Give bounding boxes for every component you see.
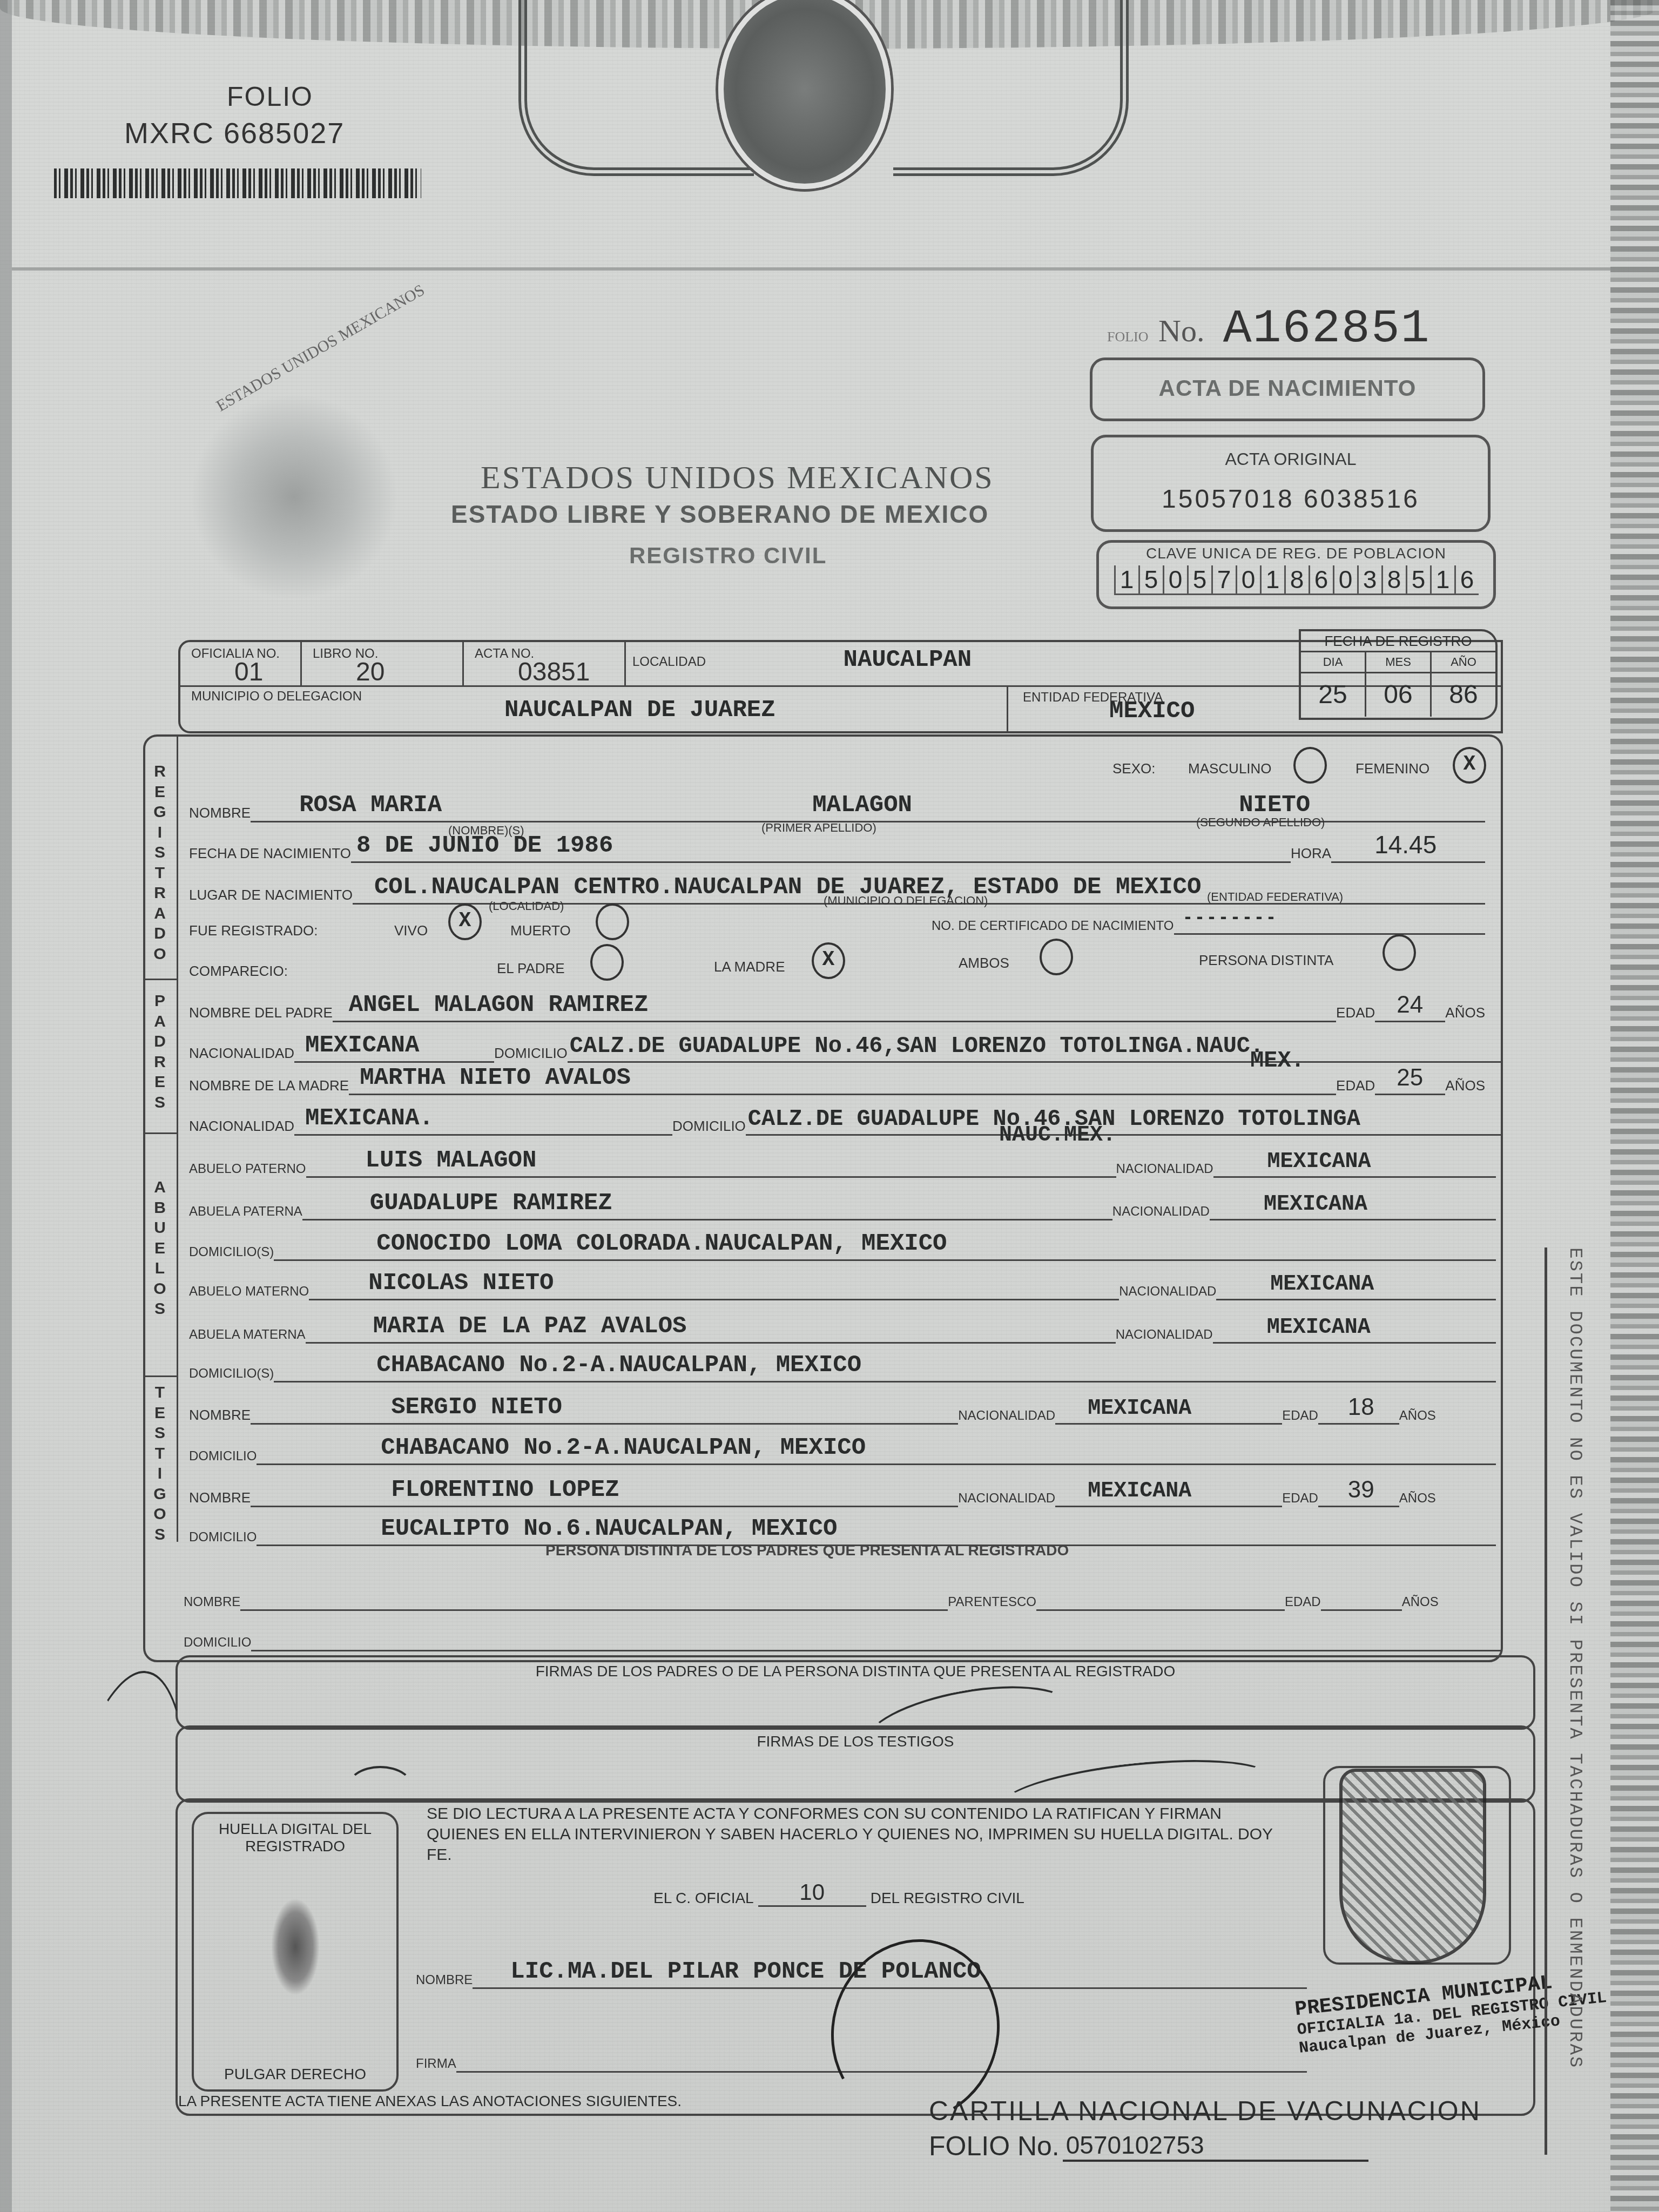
municipio-value: NAUCALPAN DE JUAREZ — [504, 697, 775, 724]
pulgar-label: PULGAR DERECHO — [194, 2066, 396, 2083]
testigo-1-nombre-label: NOMBRE — [189, 1407, 251, 1425]
anio-value: 86 — [1432, 673, 1495, 717]
section-letter: E — [143, 1238, 177, 1259]
testigo-2-edad-label: EDAD — [1282, 1491, 1318, 1507]
section-letter: S — [143, 1525, 177, 1545]
abuela-materna-nac-label: NACIONALIDAD — [1116, 1327, 1213, 1344]
oficial-firma-label: FIRMA — [416, 2056, 456, 2073]
pd-edad-line[interactable] — [1321, 1577, 1402, 1611]
padre-anios-label: AÑOS — [1445, 1004, 1485, 1022]
testigo-2-nacionalidad: MEXICANA — [1088, 1479, 1191, 1503]
comparecio-label: COMPARECIO: — [189, 963, 288, 980]
padre-domicilio-line: CALZ.DE GUADALUPE No.46,SAN LORENZO TOTO… — [568, 1029, 1501, 1063]
testigo-2-nac-label: NACIONALIDAD — [958, 1491, 1055, 1507]
abuela-paterna-field: ABUELA PATERNA GUADALUPE RAMIREZ NACIONA… — [189, 1186, 1496, 1220]
curp-digit: 6 — [1454, 565, 1479, 595]
barcode-icon — [54, 168, 421, 198]
segundo-apellido-sublabel: (SEGUNDO APELLIDO) — [1196, 815, 1325, 829]
firmas-testigos-title: FIRMAS DE LOS TESTIGOS — [178, 1733, 1533, 1750]
curp-digits: 150570186038516 — [1099, 565, 1493, 595]
section-padres-label: PADRES — [143, 980, 178, 1134]
section-letter: R — [143, 883, 177, 903]
right-guilloche-border — [1610, 0, 1659, 2212]
section-letter: D — [143, 923, 177, 944]
nombres-value: ROSA MARIA — [299, 792, 442, 819]
folio-number-value: A162851 — [1223, 302, 1431, 356]
hora-line: 14.45 — [1331, 829, 1485, 863]
validity-notice: ESTE DOCUMENTO NO ES VALIDO SI PRESENTA … — [1545, 1247, 1585, 2155]
padre-nacionalidad-label: NACIONALIDAD — [189, 1045, 294, 1063]
testigo-1-nombre: SERGIO NIETO — [391, 1394, 562, 1421]
madre-nombre-line: MARTHA NIETO AVALOS — [349, 1061, 1336, 1095]
fecha-registro-box: FECHA DE REGISTRO DIA MES AÑO 25 06 86 — [1299, 629, 1498, 720]
testigo-1-domicilio-line: CHABACANO No.2-A.NAUCALPAN, MEXICO — [257, 1431, 1496, 1465]
entidad-sublabel: (ENTIDAD FEDERATIVA) — [1207, 890, 1343, 904]
municipal-shield-icon — [1339, 1769, 1486, 1964]
curp-digit: 3 — [1357, 565, 1381, 595]
huella-title: HUELLA DIGITAL DEL REGISTRADO — [194, 1820, 396, 1855]
curp-digit: 5 — [1406, 565, 1430, 595]
madre-domicilio-line: CALZ.DE GUADALUPE No.46.SAN LORENZO TOTO… — [746, 1102, 1501, 1136]
padre-domicilio-value: CALZ.DE GUADALUPE No.46,SAN LORENZO TOTO… — [570, 1033, 1264, 1059]
curp-digit: 0 — [1236, 565, 1260, 595]
section-letter: S — [143, 1423, 177, 1444]
section-letter: I — [143, 822, 177, 843]
section-letter: R — [143, 1052, 177, 1073]
domicilio-paternos-label: DOMICILIO(S) — [189, 1245, 274, 1261]
persona-distinta-checkbox[interactable] — [1382, 934, 1416, 971]
padre-nacionalidad-value: MEXICANA — [305, 1032, 419, 1059]
abuelo-paterno-nac-label: NACIONALIDAD — [1116, 1162, 1213, 1178]
folio-code: MXRC 6685027 — [119, 117, 421, 150]
madre-nacionalidad-value: MEXICANA. — [305, 1105, 434, 1132]
cartilla-folio-label: FOLIO No. — [929, 2130, 1060, 2162]
localidad-value: NAUCALPAN — [844, 646, 972, 673]
section-letter: B — [143, 1198, 177, 1218]
anotaciones-label: LA PRESENTE ACTA TIENE ANEXAS LAS ANOTAC… — [178, 2093, 682, 2110]
acta-original-box: ACTA ORIGINAL 15057018 6038516 — [1091, 435, 1491, 532]
testigo-1-nacionalidad: MEXICANA — [1088, 1397, 1191, 1421]
muerto-label: MUERTO — [510, 922, 571, 939]
testigo-1-edad-line: 18 — [1318, 1391, 1399, 1425]
section-letter: I — [143, 1464, 177, 1484]
abuela-paterna-nac-label: NACIONALIDAD — [1112, 1204, 1210, 1220]
fingerprint-box: HUELLA DIGITAL DEL REGISTRADO PULGAR DER… — [192, 1812, 399, 2092]
testigo-2-domicilio-field: DOMICILIO EUCALIPTO No.6.NAUCALPAN, MEXI… — [189, 1512, 1496, 1546]
muerto-checkbox[interactable] — [596, 903, 629, 940]
section-letter: A — [143, 1177, 177, 1198]
curp-digit: 0 — [1163, 565, 1187, 595]
oficialia-cell: OFICIALIA No. 01 — [180, 642, 302, 685]
madre-nombre-value: MARTHA NIETO AVALOS — [360, 1064, 631, 1091]
pd-anios-label: AÑOS — [1402, 1595, 1439, 1611]
cartilla-vacunacion: CARTILLA NACIONAL DE VACUNACION — [929, 2095, 1481, 2127]
abuela-materna-nac-line: MEXICANA — [1213, 1310, 1496, 1344]
dia-label: DIA — [1301, 652, 1366, 672]
abuelo-materno-nac-label: NACIONALIDAD — [1119, 1284, 1216, 1300]
primer-apellido-value: MALAGON — [812, 792, 912, 819]
ambos-checkbox[interactable] — [1040, 939, 1073, 975]
domicilio-maternos-field: DOMICILIO(S) CHABACANO No.2-A.NAUCALPAN,… — [189, 1348, 1496, 1382]
curp-digit: 1 — [1114, 565, 1138, 595]
madre-nacionalidad-line: MEXICANA. — [294, 1102, 672, 1136]
madre-edad-line: 25 — [1375, 1061, 1445, 1095]
curp-digit: 0 — [1333, 565, 1357, 595]
masculino-label: MASCULINO — [1188, 760, 1272, 777]
testigo-2-nombre: FLORENTINO LOPEZ — [391, 1476, 619, 1503]
certificado-label: No. DE CERTIFICADO DE NACIMIENTO — [932, 919, 1174, 935]
section-letter: T — [143, 1444, 177, 1464]
hora-value: 14.45 — [1374, 830, 1437, 859]
madre-edad-value: 25 — [1397, 1064, 1423, 1091]
section-letter: O — [143, 1279, 177, 1299]
firmas-padres-title: FIRMAS DE LOS PADRES O DE LA PERSONA DIS… — [178, 1663, 1533, 1680]
folio-number-prefix: FOLIO — [1107, 329, 1149, 345]
acta-original-label: ACTA ORIGINAL — [1094, 449, 1488, 469]
pd-nombre-label: NOMBRE — [184, 1595, 240, 1611]
domicilio-maternos-label: DOMICILIO(S) — [189, 1366, 274, 1382]
section-letter: O — [143, 1504, 177, 1525]
cartilla-folio: FOLIO No. 0570102753 — [929, 2130, 1368, 2162]
hora-label: HORA — [1291, 845, 1331, 863]
fecha-nacimiento-line: 8 DE JUNIO DE 1986 — [351, 829, 1291, 863]
heading-registry: REGISTRO CIVIL — [629, 543, 827, 569]
pd-parentesco-label: PARENTESCO — [948, 1595, 1036, 1611]
domicilio-maternos-line: CHABACANO No.2-A.NAUCALPAN, MEXICO — [274, 1348, 1496, 1382]
testigo-1-nac-label: NACIONALIDAD — [958, 1408, 1055, 1425]
section-letter: S — [143, 1299, 177, 1319]
madre-nacionalidad-label: NACIONALIDAD — [189, 1118, 294, 1136]
section-letter: E — [143, 1072, 177, 1092]
section-letter: A — [143, 1011, 177, 1032]
testigo-1-anios-label: AÑOS — [1399, 1408, 1436, 1425]
abuela-paterna-nac-value: MEXICANA — [1264, 1192, 1367, 1217]
sexo-label: SEXO: — [1112, 760, 1155, 777]
section-letter: O — [143, 944, 177, 965]
madre-edad-label: EDAD — [1336, 1077, 1375, 1095]
abuela-materna-line: MARIA DE LA PAZ AVALOS — [306, 1310, 1116, 1344]
testigo-2-edad: 39 — [1348, 1476, 1374, 1503]
dia-value: 25 — [1301, 673, 1366, 717]
testigo-2-domicilio-label: DOMICILIO — [189, 1530, 257, 1546]
abuela-materna-nac-value: MEXICANA — [1267, 1316, 1371, 1340]
section-letter: E — [143, 782, 177, 802]
libro-value: 20 — [356, 662, 451, 683]
testigo-1-edad: 18 — [1348, 1394, 1374, 1421]
el-padre-checkbox[interactable] — [590, 944, 624, 981]
abuelo-materno-value: NICOLAS NIETO — [368, 1270, 554, 1297]
cartilla-folio-value: 0570102753 — [1063, 2130, 1368, 2162]
abuela-paterna-label: ABUELA PATERNA — [189, 1204, 302, 1220]
acta-original-value: 15057018 6038516 — [1094, 484, 1488, 514]
curp-digit: 6 — [1309, 565, 1333, 595]
oficial-suffix: DEL REGISTRO CIVIL — [871, 1890, 1024, 1907]
curp-digit: 8 — [1381, 565, 1406, 595]
testigo-1-nac-line: MEXICANA — [1055, 1391, 1282, 1425]
section-letter: U — [143, 1218, 177, 1238]
abuelo-paterno-nac-value: MEXICANA — [1267, 1150, 1371, 1174]
testigo-1-nombre-line: SERGIO NIETO — [251, 1391, 958, 1425]
femenino-label: FEMENINO — [1355, 760, 1429, 777]
section-letter: T — [143, 1382, 177, 1403]
abuela-materna-field: ABUELA MATERNA MARIA DE LA PAZ AVALOS NA… — [189, 1310, 1496, 1344]
abuelo-materno-line: NICOLAS NIETO — [309, 1266, 1119, 1300]
pd-nombre-line[interactable] — [240, 1577, 948, 1611]
oficial-nombre-label: NOMBRE — [416, 1973, 473, 1989]
folio-number-no: No. — [1158, 313, 1204, 348]
domicilio-maternos-value: CHABACANO No.2-A.NAUCALPAN, MEXICO — [376, 1352, 861, 1379]
top-divider — [12, 267, 1610, 271]
section-letter: L — [143, 1258, 177, 1279]
el-padre-label: EL PADRE — [497, 960, 565, 977]
la-madre-label: LA MADRE — [714, 959, 785, 975]
domicilio-paternos-line: CONOCIDO LOMA COLORADA.NAUCALPAN, MEXICO — [274, 1227, 1496, 1261]
madre-anios-label: AÑOS — [1445, 1077, 1485, 1095]
abuela-paterna-line: GUADALUPE RAMIREZ — [302, 1186, 1112, 1220]
certificado-line: - - - - - - - - — [1174, 912, 1486, 935]
vivo-label: VIVO — [394, 922, 428, 939]
certificado-value: - - - - - - - - — [1185, 905, 1274, 928]
testigo-2-nombre-line: FLORENTINO LOPEZ — [251, 1473, 958, 1507]
la-madre-checkbox[interactable]: X — [812, 942, 845, 979]
emblem-ornament-right — [893, 0, 1129, 176]
section-letter: G — [143, 802, 177, 822]
section-registrado-label: REGISTRADO — [143, 734, 178, 980]
section-letter: D — [143, 1031, 177, 1052]
eagle-emblem-icon — [718, 0, 891, 189]
acta-nacimiento-label: ACTA DE NACIMIENTO — [1092, 375, 1482, 401]
section-letter: S — [143, 1092, 177, 1113]
acta-cell: ACTA No. 03851 — [464, 642, 626, 685]
testigo-2-domicilio: EUCALIPTO No.6.NAUCALPAN, MEXICO — [381, 1515, 837, 1542]
curp-label: CLAVE UNICA DE REG. DE POBLACION — [1099, 545, 1493, 562]
testigo-2-anios-label: AÑOS — [1399, 1491, 1436, 1507]
municipio-label: MUNICIPIO O DELEGACION — [191, 689, 362, 704]
localidad-label: LOCALIDAD — [632, 655, 706, 669]
lugar-nacimiento-label: LUGAR DE NACIMIENTO — [189, 887, 353, 905]
folio-number: FOLIO No. A162851 — [1107, 302, 1431, 356]
anio-label: AÑO — [1432, 652, 1495, 672]
domicilio-paternos-value: CONOCIDO LOMA COLORADA.NAUCALPAN, MEXICO — [376, 1230, 947, 1257]
testigo-2-edad-line: 39 — [1318, 1473, 1399, 1507]
fecha-registro-values: 25 06 86 — [1301, 673, 1495, 717]
folio-label: FOLIO — [119, 81, 421, 112]
abuelo-paterno-value: LUIS MALAGON — [366, 1147, 537, 1174]
abuelo-paterno-field: ABUELO PATERNO LUIS MALAGON NACIONALIDAD… — [189, 1144, 1496, 1178]
testigo-1-domicilio: CHABACANO No.2-A.NAUCALPAN, MEXICO — [381, 1434, 866, 1461]
pd-domicilio-line[interactable] — [251, 1617, 1501, 1651]
persona-distinta-nombre-field: NOMBRE PARENTESCO EDAD AÑOS — [184, 1577, 1501, 1611]
padre-edad-value: 24 — [1397, 992, 1423, 1019]
oficial-number: 10 — [758, 1879, 866, 1907]
left-edge — [0, 0, 12, 2212]
libro-cell: LIBRO No. 20 — [302, 642, 464, 685]
abuelo-paterno-line: LUIS MALAGON — [306, 1144, 1116, 1178]
testigo-2-nombre-label: NOMBRE — [189, 1489, 251, 1507]
fingerprint-icon — [271, 1898, 320, 1995]
municipio-sublabel: (MUNICIPIO O DELEGACION) — [824, 894, 988, 908]
section-letter: E — [143, 1403, 177, 1424]
fue-registrado-label: FUE REGISTRADO: — [189, 922, 318, 939]
curp-box: CLAVE UNICA DE REG. DE POBLACION 1505701… — [1096, 540, 1496, 609]
fecha-nacimiento-label: FECHA DE NACIMIENTO — [189, 845, 351, 863]
mes-value: 06 — [1366, 673, 1432, 717]
abuelo-paterno-nac-line: MEXICANA — [1213, 1144, 1496, 1178]
section-letter: T — [143, 863, 177, 884]
testigo-2-field: NOMBRE FLORENTINO LOPEZ NACIONALIDAD MEX… — [189, 1473, 1496, 1507]
padre-edad-label: EDAD — [1336, 1004, 1375, 1022]
fecha-registro-label: FECHA DE REGISTRO — [1301, 631, 1495, 652]
national-emblem-header — [518, 0, 1129, 178]
folio-block: FOLIO MXRC 6685027 — [119, 81, 421, 150]
padre-domicilio-label: DOMICILIO — [494, 1045, 568, 1063]
oficialia-value: 01 — [234, 662, 289, 683]
firmas-padres-band: FIRMAS DE LOS PADRES O DE LA PERSONA DIS… — [176, 1655, 1535, 1730]
heading-country: ESTADOS UNIDOS MEXICANOS — [481, 459, 994, 496]
testigo-1-field: NOMBRE SERGIO NIETO NACIONALIDAD MEXICAN… — [189, 1391, 1496, 1425]
ambos-label: AMBOS — [959, 955, 1009, 972]
section-letter: P — [143, 991, 177, 1011]
fecha-nacimiento-value: 8 DE JUNIO DE 1986 — [356, 832, 613, 859]
testigo-2-domicilio-line: EUCALIPTO No.6.NAUCALPAN, MEXICO — [257, 1512, 1496, 1546]
curp-digit: 1 — [1430, 565, 1454, 595]
testigo-1-edad-label: EDAD — [1282, 1408, 1318, 1425]
section-letter: R — [143, 761, 177, 782]
padre-nacionalidad-line: MEXICANA — [294, 1029, 494, 1063]
mes-label: MES — [1366, 652, 1432, 672]
curp-digit: 8 — [1284, 565, 1309, 595]
femenino-checkbox[interactable]: X — [1453, 747, 1486, 784]
curp-digit: 7 — [1211, 565, 1236, 595]
persona-distinta-title: PERSONA DISTINTA DE LOS PADRES QUE PRESE… — [545, 1542, 1069, 1559]
curp-digit: 5 — [1138, 565, 1163, 595]
curp-digit: 1 — [1260, 565, 1284, 595]
abuela-paterna-value: GUADALUPE RAMIREZ — [370, 1190, 612, 1217]
lugar-nacimiento-value: COL.NAUCALPAN CENTRO.NAUCALPAN DE JUAREZ… — [374, 874, 1201, 901]
heading-state: ESTADO LIBRE Y SOBERANO DE MEXICO — [451, 500, 989, 529]
pd-parentesco-line[interactable] — [1036, 1577, 1285, 1611]
section-abuelos-label: ABUELOS — [143, 1134, 178, 1377]
abuelo-materno-field: ABUELO MATERNO NICOLAS NIETO NACIONALIDA… — [189, 1266, 1496, 1300]
abuelo-materno-label: ABUELO MATERNO — [189, 1284, 309, 1300]
abuelo-materno-nac-line: MEXICANA — [1216, 1266, 1496, 1300]
localidad-cell: LOCALIDAD NAUCALPAN — [626, 642, 1296, 685]
madre-nombre-field: NOMBRE DE LA MADRE MARTHA NIETO AVALOS E… — [189, 1061, 1485, 1095]
abuelo-materno-nac-value: MEXICANA — [1270, 1272, 1374, 1297]
testigo-1-domicilio-field: DOMICILIO CHABACANO No.2-A.NAUCALPAN, ME… — [189, 1431, 1496, 1465]
fecha-nacimiento-field: FECHA DE NACIMIENTO 8 DE JUNIO DE 1986 H… — [189, 829, 1485, 863]
curp-digit: 5 — [1187, 565, 1211, 595]
vivo-checkbox[interactable]: X — [448, 903, 482, 940]
section-letter: G — [143, 1484, 177, 1505]
acta-nacimiento-box: ACTA DE NACIMIENTO — [1090, 358, 1485, 421]
padre-nombre-label: NOMBRE DEL PADRE — [189, 1004, 333, 1022]
persona-distinta-label: PERSONA DISTINTA — [1199, 952, 1333, 969]
testigo-2-nac-line: MEXICANA — [1055, 1473, 1282, 1507]
entidad-value: MEXICO — [1109, 698, 1195, 725]
pd-domicilio-label: DOMICILIO — [184, 1635, 251, 1651]
section-letter: A — [143, 903, 177, 924]
oficial-line: EL C. OFICIAL 10 DEL REGISTRO CIVIL — [653, 1879, 1024, 1907]
madre-nombre-label: NOMBRE DE LA MADRE — [189, 1077, 349, 1095]
fecha-registro-headers: DIA MES AÑO — [1301, 652, 1495, 673]
segundo-apellido-value: NIETO — [1239, 792, 1310, 819]
testigo-1-domicilio-label: DOMICILIO — [189, 1449, 257, 1465]
padre-nombre-line: ANGEL MALAGON RAMIREZ — [333, 988, 1336, 1022]
acta-value: 03851 — [518, 662, 613, 683]
madre-nacionalidad-field: NACIONALIDAD MEXICANA. DOMICILIO CALZ.DE… — [189, 1102, 1501, 1136]
persona-distinta-domicilio-field: DOMICILIO — [184, 1617, 1501, 1651]
section-testigos-label: TESTIGOS — [143, 1377, 178, 1542]
padre-edad-line: 24 — [1375, 988, 1445, 1022]
localidad-sublabel: (LOCALIDAD) — [489, 899, 564, 913]
entidad-divider — [1007, 687, 1008, 731]
seal-icon — [189, 394, 400, 599]
domicilio-paternos-field: DOMICILIO(S) CONOCIDO LOMA COLORADA.NAUC… — [189, 1227, 1496, 1261]
certificado-field: No. DE CERTIFICADO DE NACIMIENTO - - - -… — [932, 912, 1485, 935]
nombre-label: NOMBRE — [189, 805, 251, 822]
section-letter: S — [143, 842, 177, 863]
abuela-materna-label: ABUELA MATERNA — [189, 1327, 306, 1344]
abuelo-paterno-label: ABUELO PATERNO — [189, 1162, 306, 1178]
padre-nombre-field: NOMBRE DEL PADRE ANGEL MALAGON RAMIREZ E… — [189, 988, 1485, 1022]
masculino-checkbox[interactable] — [1293, 747, 1327, 784]
pd-edad-label: EDAD — [1285, 1595, 1321, 1611]
madre-domicilio-label: DOMICILIO — [672, 1118, 746, 1136]
oficial-prefix: EL C. OFICIAL — [653, 1890, 754, 1907]
padre-nombre-value: ANGEL MALAGON RAMIREZ — [349, 992, 649, 1019]
abuela-paterna-nac-line: MEXICANA — [1210, 1186, 1496, 1220]
abuela-materna-value: MARIA DE LA PAZ AVALOS — [373, 1313, 687, 1340]
certification-text: SE DIO LECTURA A LA PRESENTE ACTA Y CONF… — [427, 1804, 1291, 1865]
